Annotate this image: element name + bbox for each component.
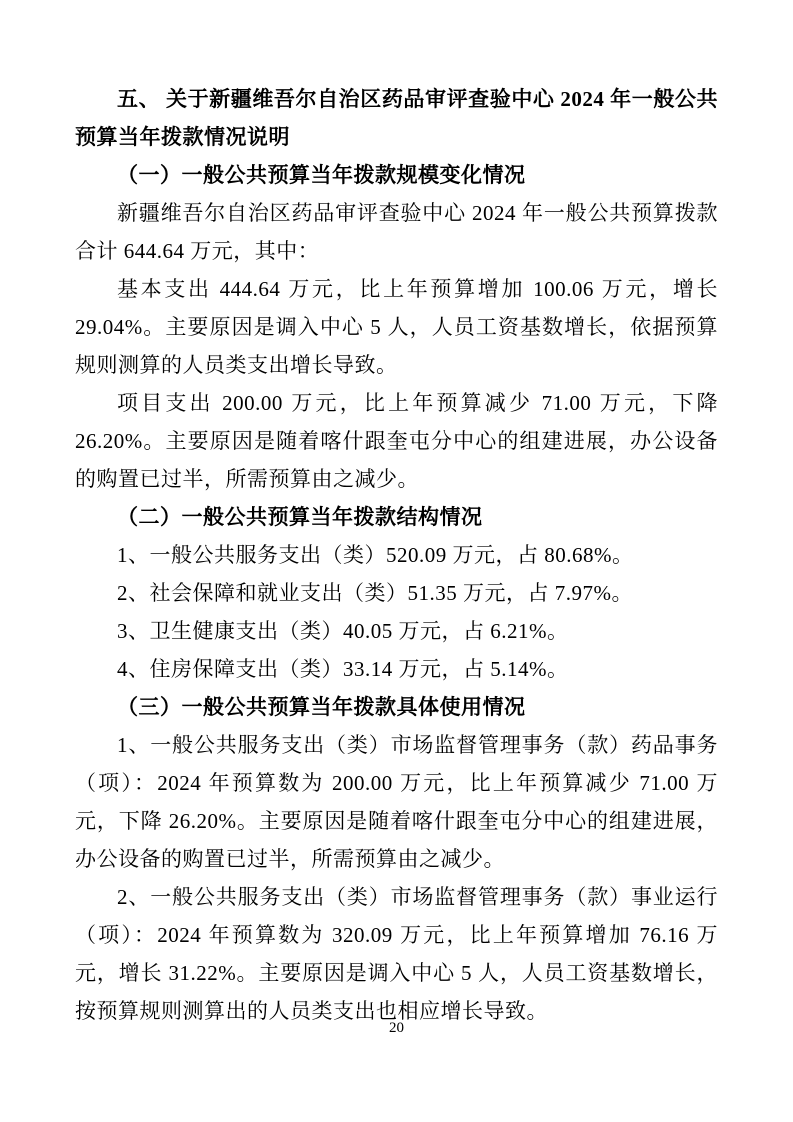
section-3-paragraph-institution-operation-item: 2、一般公共服务支出（类）市场监督管理事务（款）事业运行（项）：2024 年预算… bbox=[75, 878, 718, 1030]
section-3-paragraph-drug-affairs-item: 1、一般公共服务支出（类）市场监督管理事务（款）药品事务（项）：2024 年预算… bbox=[75, 726, 718, 878]
section-1-paragraph-project-expenditure: 项目支出 200.00 万元，比上年预算减少 71.00 万元，下降 26.20… bbox=[75, 384, 718, 498]
document-title: 五、 关于新疆维吾尔自治区药品审评查验中心 2024 年一般公共预算当年拨款情况… bbox=[75, 80, 718, 156]
section-2-item-health: 3、卫生健康支出（类）40.05 万元，占 6.21%。 bbox=[75, 612, 718, 650]
section-1-paragraph-total: 新疆维吾尔自治区药品审评查验中心 2024 年一般公共预算拨款合计 644.64… bbox=[75, 194, 718, 270]
section-1-paragraph-basic-expenditure: 基本支出 444.64 万元，比上年预算增加 100.06 万元，增长 29.0… bbox=[75, 270, 718, 384]
section-3-heading: （三）一般公共预算当年拨款具体使用情况 bbox=[75, 688, 718, 726]
section-1-heading: （一）一般公共预算当年拨款规模变化情况 bbox=[75, 156, 718, 194]
page-number: 20 bbox=[0, 1018, 793, 1038]
section-2-item-housing-security: 4、住房保障支出（类）33.14 万元，占 5.14%。 bbox=[75, 650, 718, 688]
section-2-heading: （二）一般公共预算当年拨款结构情况 bbox=[75, 498, 718, 536]
section-2-item-social-security-employment: 2、社会保障和就业支出（类）51.35 万元，占 7.97%。 bbox=[75, 574, 718, 612]
section-2-item-general-public-services: 1、一般公共服务支出（类）520.09 万元，占 80.68%。 bbox=[75, 536, 718, 574]
document-page: 五、 关于新疆维吾尔自治区药品审评查验中心 2024 年一般公共预算当年拨款情况… bbox=[0, 0, 793, 1122]
